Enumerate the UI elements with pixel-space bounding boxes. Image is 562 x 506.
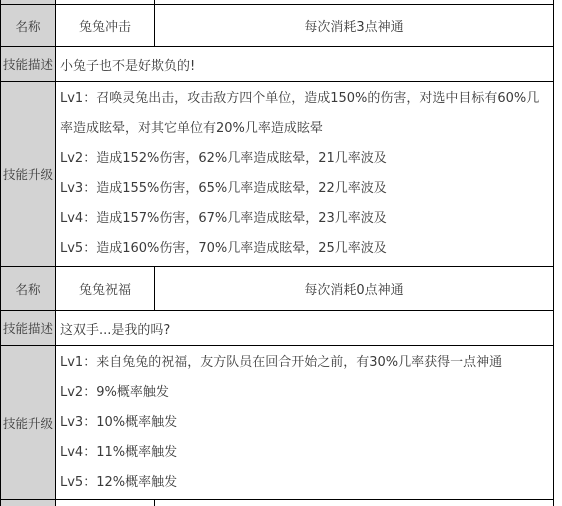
partial-top-label-cell	[1, 0, 56, 4]
skill2-level-5: Lv5：12%概率触发	[60, 468, 545, 498]
skill1-name: 兔兔冲击	[56, 5, 155, 46]
skill2-cost: 每次消耗0点神通	[155, 267, 553, 310]
upgrade-row-label: 技能升级	[1, 346, 56, 499]
description-row-label: 技能描述	[1, 311, 56, 345]
description-row-label: 技能描述	[1, 47, 56, 81]
partial-top-cost-cell	[155, 0, 553, 4]
partial-top-name-cell	[56, 0, 155, 4]
skill2-level-4: Lv4：11%概率触发	[60, 438, 545, 468]
partial-bottom-label-cell	[1, 500, 56, 506]
skill1-name-row: 名称 兔兔冲击 每次消耗3点神通	[1, 5, 553, 47]
skill1-cost: 每次消耗3点神通	[155, 5, 553, 46]
skill2-level-3: Lv3：10%概率触发	[60, 408, 545, 438]
skill1-level-2: Lv2：造成152%伤害，62%几率造成眩晕，21几率波及	[60, 144, 545, 174]
partial-bottom-name-cell	[56, 500, 155, 506]
partial-bottom-cost-cell	[155, 500, 553, 506]
skill1-level-5: Lv5：造成160%伤害，70%几率造成眩晕，25几率波及	[60, 234, 545, 264]
skill2-description: 这双手...是我的吗?	[56, 311, 553, 345]
skill2-level-2: Lv2：9%概率触发	[60, 378, 545, 408]
skill-table-page: 名称 兔兔冲击 每次消耗3点神通 技能描述 小兔子也不是好欺负的! 技能升级 L…	[0, 0, 562, 506]
skill2-levels: Lv1：来自兔兔的祝福，友方队员在回合开始之前，有30%几率获得一点神通 Lv2…	[56, 346, 553, 499]
upgrade-row-label: 技能升级	[1, 82, 56, 266]
skill-table: 名称 兔兔冲击 每次消耗3点神通 技能描述 小兔子也不是好欺负的! 技能升级 L…	[0, 0, 554, 506]
skill2-level-1: Lv1：来自兔兔的祝福，友方队员在回合开始之前，有30%几率获得一点神通	[60, 348, 545, 378]
skill2-name: 兔兔祝福	[56, 267, 155, 310]
skill2-upgrade-row: 技能升级 Lv1：来自兔兔的祝福，友方队员在回合开始之前，有30%几率获得一点神…	[1, 346, 553, 500]
partial-row-bottom	[1, 500, 553, 506]
skill1-upgrade-row: 技能升级 Lv1：召唤灵兔出击，攻击敌方四个单位，造成150%的伤害，对选中目标…	[1, 82, 553, 267]
name-row-label: 名称	[1, 5, 56, 46]
skill1-level-1: Lv1：召唤灵兔出击，攻击敌方四个单位，造成150%的伤害，对选中目标有60%几…	[60, 84, 545, 144]
skill2-name-row: 名称 兔兔祝福 每次消耗0点神通	[1, 267, 553, 311]
skill1-levels: Lv1：召唤灵兔出击，攻击敌方四个单位，造成150%的伤害，对选中目标有60%几…	[56, 82, 553, 266]
skill1-description-row: 技能描述 小兔子也不是好欺负的!	[1, 47, 553, 82]
skill1-level-4: Lv4：造成157%伤害，67%几率造成眩晕，23几率波及	[60, 204, 545, 234]
skill2-description-row: 技能描述 这双手...是我的吗?	[1, 311, 553, 346]
skill1-level-3: Lv3：造成155%伤害，65%几率造成眩晕，22几率波及	[60, 174, 545, 204]
skill1-description: 小兔子也不是好欺负的!	[56, 47, 553, 81]
name-row-label: 名称	[1, 267, 56, 310]
